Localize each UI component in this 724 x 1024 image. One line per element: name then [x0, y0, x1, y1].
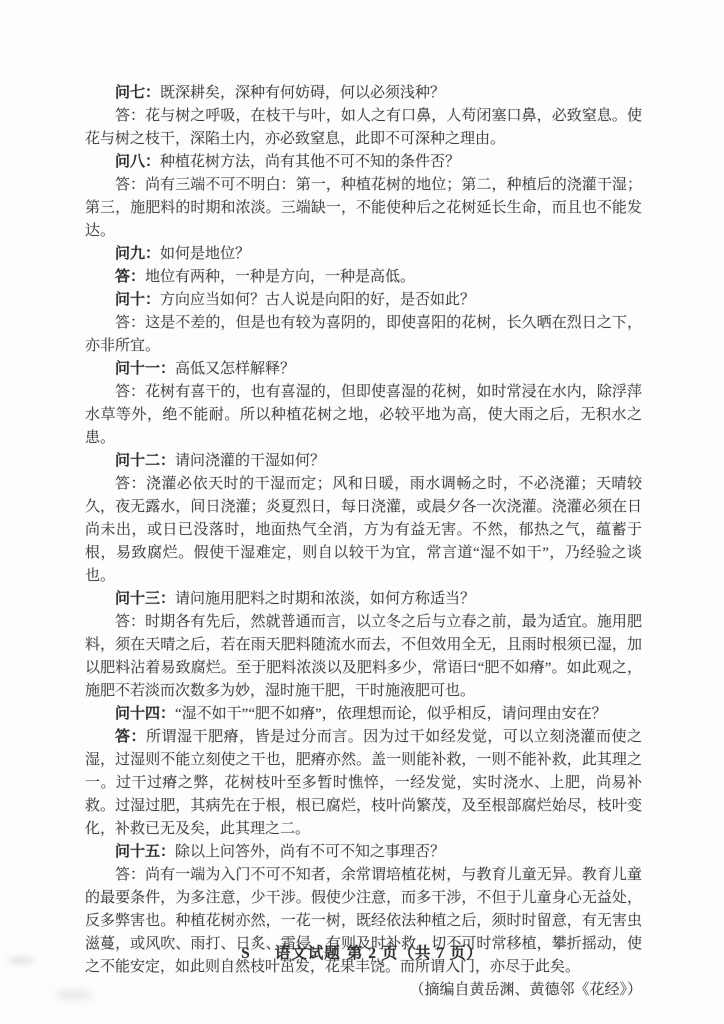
answer-label: 答： [115, 384, 145, 400]
footer-code: S [241, 945, 251, 962]
question-label: 问十一： [115, 361, 175, 377]
scan-smudge [8, 956, 34, 965]
answer-paragraph: 答：这是不差的，但是也有较为喜阴的，即使喜阳的花树，长久晒在烈日之下，亦非所宜。 [85, 312, 642, 358]
question-paragraph: 问九：如何是地位？ [85, 243, 642, 266]
passage-content: 问七：既深耕矣，深种有何妨碍，何以必须浅种？答：花与树之呼吸，在枝干与叶，如人之… [85, 82, 642, 1002]
answer-label: 答： [115, 269, 145, 285]
question-label: 问十三： [115, 591, 175, 607]
answer-label: 答： [115, 476, 146, 492]
scan-smudge [55, 990, 93, 1000]
answer-paragraph: 答：尚有三端不可不明白：第一，种植花树的地位；第二，种植后的浇灌干湿；第三，施肥… [85, 174, 642, 243]
answer-label: 答： [115, 867, 145, 883]
question-paragraph: 问十：方向应当如何？古人说是向阳的好，是否如此？ [85, 289, 642, 312]
answer-paragraph: 答：花树有喜干的，也有喜湿的，但即使喜湿的花树，如时常浸在水内，除浮萍水草等外，… [85, 381, 642, 450]
question-text: 除以上问答外，尚有不可不知之事理否？ [175, 844, 445, 860]
document-page: 问七：既深耕矣，深种有何妨碍，何以必须浅种？答：花与树之呼吸，在枝干与叶，如人之… [0, 0, 724, 1024]
question-label: 问九： [115, 246, 160, 262]
question-text: 方向应当如何？古人说是向阳的好，是否如此？ [160, 292, 475, 308]
question-label: 问十五： [115, 844, 175, 860]
question-paragraph: 问八：种植花树方法，尚有其他不可不知的条件否？ [85, 151, 642, 174]
answer-label: 答： [115, 108, 145, 124]
qa-list: 问七：既深耕矣，深种有何妨碍，何以必须浅种？答：花与树之呼吸，在枝干与叶，如人之… [85, 82, 642, 979]
question-paragraph: 问十四：“湿不如干”“肥不如瘠”，依理想而论，似乎相反，请问理由安在？ [85, 703, 642, 726]
page-footer: S语文试题第 2 页（共 7 页） [0, 941, 724, 963]
question-label: 问十： [115, 292, 160, 308]
answer-text: 尚有三端不可不明白：第一，种植花树的地位；第二，种植后的浇灌干湿；第三，施肥料的… [85, 177, 642, 239]
answer-paragraph: 答：所谓湿干肥瘠，皆是过分而言。因为过干如经发觉，可以立刻浇灌而使之湿，过湿则不… [85, 726, 642, 841]
question-paragraph: 问十一：高低又怎样解释？ [85, 358, 642, 381]
answer-paragraph: 答：地位有两种，一种是方向，一种是高低。 [85, 266, 642, 289]
question-text: 既深耕矣，深种有何妨碍，何以必须浅种？ [160, 85, 445, 101]
answer-text: 时期各有先后，然就普通而言，以立冬之后与立春之前，最为适宜。施用肥料，须在天晴之… [85, 614, 642, 699]
question-text: 如何是地位？ [160, 246, 250, 262]
answer-text: 所谓湿干肥瘠，皆是过分而言。因为过干如经发觉，可以立刻浇灌而使之湿，过湿则不能立… [85, 729, 642, 837]
answer-text: 地位有两种，一种是方向，一种是高低。 [145, 269, 415, 285]
answer-label: 答： [115, 729, 146, 745]
question-label: 问十四： [115, 706, 175, 722]
answer-text: 花树有喜干的，也有喜湿的，但即使喜湿的花树，如时常浸在水内，除浮萍水草等外，绝不… [85, 384, 642, 446]
answer-text: 花与树之呼吸，在枝干与叶，如人之有口鼻，人苟闭塞口鼻，必致窒息。使花与树之枝干，… [85, 108, 642, 147]
question-label: 问十二： [115, 453, 175, 469]
question-label: 问七： [115, 85, 160, 101]
question-text: 高低又怎样解释？ [175, 361, 295, 377]
answer-text: 浇灌必依天时的干湿而定；风和日暖，雨水调畅之时，不必浇灌；天晴较久，夜无露水，间… [85, 476, 642, 584]
question-text: “湿不如干”“肥不如瘠”，依理想而论，似乎相反，请问理由安在？ [175, 706, 607, 722]
footer-title: 语文试题 [275, 945, 341, 962]
question-paragraph: 问十三：请问施用肥料之时期和浓淡，如何方称适当？ [85, 588, 642, 611]
question-paragraph: 问七：既深耕矣，深种有何妨碍，何以必须浅种？ [85, 82, 642, 105]
footer-page-number: 第 2 页（共 7 页） [347, 945, 483, 962]
attribution: （摘编自黄岳渊、黄德邻《花经》） [85, 979, 642, 1002]
answer-label: 答： [115, 614, 145, 630]
answer-paragraph: 答：浇灌必依天时的干湿而定；风和日暖，雨水调畅之时，不必浇灌；天晴较久，夜无露水… [85, 473, 642, 588]
question-paragraph: 问十二：请问浇灌的干湿如何？ [85, 450, 642, 473]
question-label: 问八： [115, 154, 160, 170]
answer-text: 这是不差的，但是也有较为喜阴的，即使喜阳的花树，长久晒在烈日之下，亦非所宜。 [85, 315, 642, 354]
answer-label: 答： [115, 315, 145, 331]
answer-paragraph: 答：花与树之呼吸，在枝干与叶，如人之有口鼻，人苟闭塞口鼻，必致窒息。使花与树之枝… [85, 105, 642, 151]
question-text: 种植花树方法，尚有其他不可不知的条件否？ [160, 154, 460, 170]
answer-paragraph: 答：时期各有先后，然就普通而言，以立冬之后与立春之前，最为适宜。施用肥料，须在天… [85, 611, 642, 703]
question-paragraph: 问十五：除以上问答外，尚有不可不知之事理否？ [85, 841, 642, 864]
answer-label: 答： [115, 177, 145, 193]
question-text: 请问施用肥料之时期和浓淡，如何方称适当？ [175, 591, 475, 607]
question-text: 请问浇灌的干湿如何？ [175, 453, 325, 469]
